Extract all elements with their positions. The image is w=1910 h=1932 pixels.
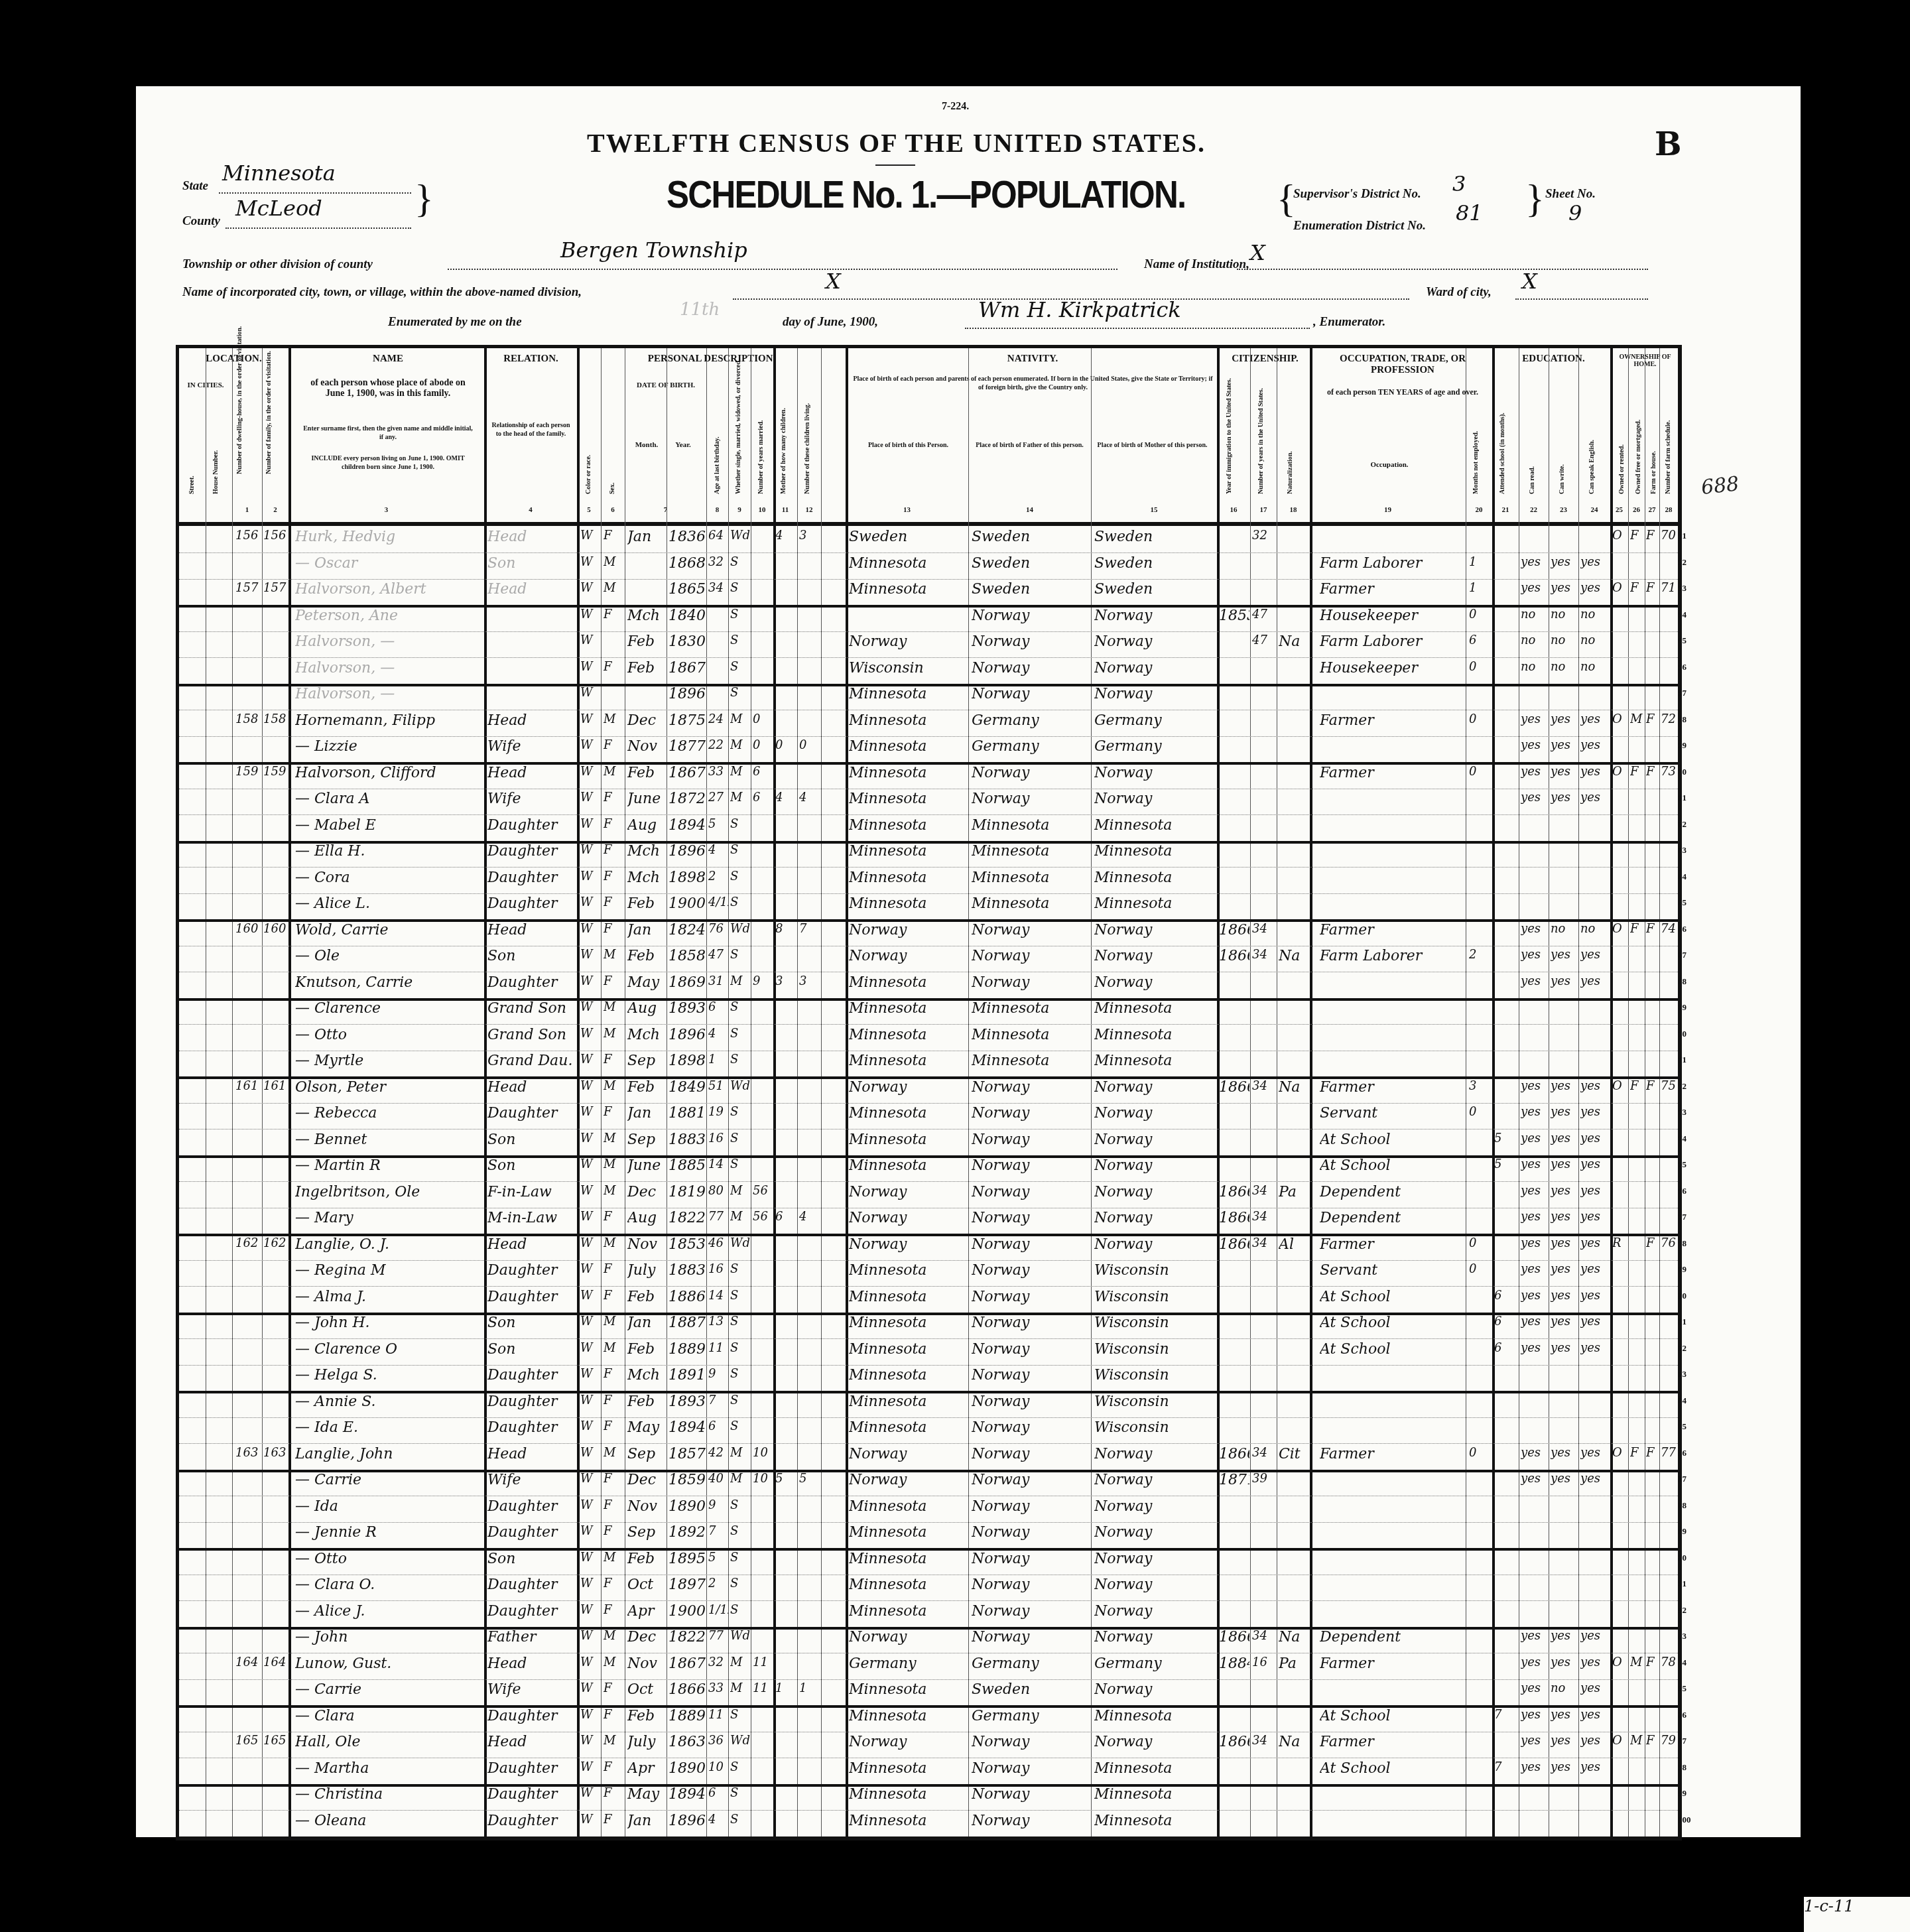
cell-birth-month: Feb — [627, 1551, 666, 1567]
cell-years-in-us: 34 — [1252, 1236, 1276, 1250]
cell-sex: F — [604, 1708, 623, 1722]
cell-relation: Daughter — [487, 1289, 575, 1305]
cell-immigration-year: 1866 — [1219, 1446, 1249, 1462]
form-number: 7-224. — [942, 101, 969, 113]
cell-relation: Head — [487, 1079, 575, 1096]
cell-sex: F — [604, 1681, 623, 1695]
cell-sex: M — [604, 1079, 623, 1093]
cell-birth-year: 1889 — [668, 1708, 706, 1724]
cell-children-living: 5 — [799, 1472, 819, 1486]
cell-person-name: — Clara A — [295, 791, 484, 807]
cell-birth-year: 1849 — [668, 1079, 706, 1096]
cell-birth-year: 1894 — [668, 1786, 706, 1803]
cell-mother-of: 8 — [775, 922, 795, 936]
cell-color: W — [580, 1000, 600, 1014]
cell-person-name: — Carrie — [295, 1472, 484, 1488]
cell-can-write: yes — [1551, 1262, 1577, 1276]
cell-mother-birthplace: Norway — [1094, 1184, 1216, 1200]
cell-naturalization: Na — [1279, 633, 1308, 650]
header-name-desc: of each person whose place of abode on J… — [302, 378, 474, 399]
cell-father-birthplace: Norway — [972, 1786, 1090, 1803]
cell-birthplace: Minnesota — [849, 1157, 967, 1174]
cell-color: W — [580, 1184, 600, 1198]
cell-birth-month: Mch — [627, 608, 666, 624]
cell-naturalization: Al — [1279, 1236, 1308, 1253]
cell-birthplace: Minnesota — [849, 817, 967, 834]
cell-sex: F — [604, 974, 623, 988]
table-row: — Alice L.DaughterWFFeb19004/12SMinnesot… — [179, 893, 1678, 922]
cell-age: 13 — [708, 1315, 728, 1328]
cell-color: W — [580, 1655, 600, 1669]
cell-school-months: 5 — [1494, 1131, 1518, 1145]
cell-family-number: 164 — [263, 1655, 290, 1669]
cell-age: 4 — [708, 843, 728, 857]
cell-person-name: — Martha — [295, 1760, 484, 1777]
title-ornament — [875, 164, 915, 166]
table-row: — CoraDaughterWFMch18982SMinnesotaMinnes… — [179, 867, 1678, 894]
cell-birth-year: 1867 — [668, 1655, 706, 1672]
cell-color: W — [580, 1157, 600, 1171]
cell-months-unemployed: 0 — [1469, 712, 1492, 726]
cell-birth-month: Sep — [627, 1131, 666, 1148]
township-value: Bergen Township — [560, 237, 747, 263]
table-row: — IdaDaughterWFNov18909SMinnesotaNorwayN… — [179, 1496, 1678, 1523]
line-number: 82 — [1678, 1343, 1687, 1354]
line-number: 66 — [1678, 924, 1687, 934]
cell-occupation: Dependent — [1320, 1184, 1464, 1200]
cell-can-read: yes — [1521, 948, 1547, 962]
cell-person-name: Olson, Peter — [295, 1079, 484, 1096]
column-number: 1 — [232, 506, 262, 514]
cell-color: W — [580, 555, 600, 569]
table-row: — MarthaDaughterWFApr189010SMinnesotaNor… — [179, 1758, 1678, 1787]
cell-marital-status: S — [730, 1315, 750, 1328]
cell-immigration-year: 1866 — [1219, 922, 1249, 938]
cell-birthplace: Minnesota — [849, 1131, 967, 1148]
cell-age: 14 — [708, 1289, 728, 1303]
cell-sex: M — [604, 765, 623, 779]
column-number: 24 — [1578, 506, 1610, 514]
cell-birth-year: 1822 — [668, 1629, 706, 1645]
header-citizenship: CITIZENSHIP. — [1220, 354, 1310, 365]
cell-person-name: Halvorson, Clifford — [295, 765, 484, 781]
cell-immigration-year: 1853 — [1219, 608, 1249, 624]
cell-person-name: Halvorson, — — [295, 686, 484, 702]
cell-mother-of: 3 — [775, 974, 795, 988]
cell-birth-year: 1892 — [668, 1524, 706, 1541]
header-naturalization: Naturalization. — [1287, 428, 1294, 494]
cell-birth-month: Sep — [627, 1053, 666, 1069]
cell-sex: M — [604, 1446, 623, 1460]
cell-sex: M — [604, 1027, 623, 1041]
cell-birthplace: Minnesota — [849, 1577, 967, 1593]
cell-marital-status: M — [730, 791, 750, 805]
cell-occupation: At School — [1320, 1289, 1464, 1305]
cell-father-birthplace: Sweden — [972, 529, 1090, 545]
cell-color: W — [580, 843, 600, 857]
line-number: 64 — [1678, 871, 1687, 882]
cell-years-in-us: 34 — [1252, 1210, 1276, 1224]
cell-person-name: — Clara O. — [295, 1577, 484, 1593]
line-number: 65 — [1678, 897, 1687, 908]
cell-birth-year: 1890 — [668, 1760, 706, 1777]
cell-occupation: Farmer — [1320, 1446, 1464, 1462]
cell-marital-status: S — [730, 660, 750, 674]
cell-children-living: 4 — [799, 1210, 819, 1224]
cell-occupation: At School — [1320, 1708, 1464, 1724]
cell-mother-birthplace: Minnesota — [1094, 843, 1216, 860]
table-row: 158158Hornemann, FilippHeadWMDec187524M0… — [179, 710, 1678, 737]
cell-mother-birthplace: Norway — [1094, 1524, 1216, 1541]
cell-relation: Daughter — [487, 1419, 575, 1436]
cell-color: W — [580, 1708, 600, 1722]
cell-can-speak-english: yes — [1580, 791, 1610, 805]
cell-years-in-us: 39 — [1252, 1472, 1276, 1486]
cell-sex: F — [604, 1053, 623, 1066]
institution-label: Name of Institution, — [1144, 257, 1249, 272]
table-row: 164164Lunow, Gust.HeadWMNov186732M11Germ… — [179, 1653, 1678, 1680]
cell-occupation: Farm Laborer — [1320, 555, 1464, 572]
line-number: 57 — [1678, 688, 1687, 698]
cell-person-name: Lunow, Gust. — [295, 1655, 484, 1672]
cell-color: W — [580, 581, 600, 595]
table-row: 165165Hall, OleHeadWMJuly186336WdNorwayN… — [179, 1731, 1678, 1758]
cell-birth-month: Feb — [627, 948, 666, 964]
cell-years-in-us: 47 — [1252, 608, 1276, 621]
cell-years-married: 0 — [753, 712, 773, 726]
cell-marital-status: S — [730, 1498, 750, 1512]
cell-age: 16 — [708, 1262, 728, 1276]
cell-person-name: Langlie, John — [295, 1446, 484, 1462]
cell-color: W — [580, 660, 600, 674]
cell-mother-of: 0 — [775, 738, 795, 752]
line-number: 58 — [1678, 714, 1687, 725]
table-row: — Ella H.DaughterWFMch18964SMinnesotaMin… — [179, 840, 1678, 868]
cell-birthplace: Minnesota — [849, 791, 967, 807]
cell-can-read: yes — [1521, 1236, 1547, 1250]
cell-can-read: yes — [1521, 1131, 1547, 1145]
cell-birthplace: Wisconsin — [849, 660, 967, 676]
cell-sex: F — [604, 738, 623, 752]
cell-father-birthplace: Norway — [972, 1210, 1090, 1226]
cell-children-living: 0 — [799, 738, 819, 752]
cell-birth-month: May — [627, 1419, 666, 1436]
cell-years-married: 6 — [753, 791, 773, 805]
column-number: 2 — [262, 506, 288, 514]
cell-birth-month: Aug — [627, 1210, 666, 1226]
cell-person-name: — Ole — [295, 948, 484, 964]
cell-free-mortgaged: F — [1630, 581, 1645, 595]
cell-birthplace: Norway — [849, 1236, 967, 1253]
cell-farm-house: F — [1646, 712, 1659, 726]
cell-father-birthplace: Norway — [972, 1446, 1090, 1462]
cell-years-married: 10 — [753, 1446, 773, 1460]
cell-can-read: no — [1521, 660, 1547, 674]
cell-owned-rented: O — [1612, 765, 1628, 779]
line-number: 73 — [1678, 1107, 1687, 1118]
cell-birth-year: 1863 — [668, 1734, 706, 1750]
cell-person-name: — Annie S. — [295, 1393, 484, 1410]
cell-can-read: yes — [1521, 1760, 1547, 1774]
cell-can-read: yes — [1521, 1446, 1547, 1460]
cell-father-birthplace: Germany — [972, 712, 1090, 729]
column-number: 5 — [577, 506, 601, 514]
cell-can-write: yes — [1551, 791, 1577, 805]
table-row: — ClarenceGrand SonWMAug18936SMinnesotaM… — [179, 998, 1678, 1025]
cell-birth-year: 1822 — [668, 1210, 706, 1226]
cell-color: W — [580, 1367, 600, 1381]
county-label: County — [182, 214, 220, 229]
cell-mother-birthplace: Norway — [1094, 1131, 1216, 1148]
cell-can-read: no — [1521, 633, 1547, 647]
cell-birth-year: 1875 — [668, 712, 706, 729]
cell-years-in-us: 34 — [1252, 922, 1276, 936]
cell-birth-year: 1893 — [668, 1393, 706, 1410]
cell-relation: Son — [487, 555, 575, 572]
cell-can-speak-english: no — [1580, 608, 1610, 621]
cell-father-birthplace: Minnesota — [972, 1000, 1090, 1017]
cell-person-name: Ingelbritson, Ole — [295, 1184, 484, 1200]
cell-father-birthplace: Norway — [972, 1236, 1090, 1253]
cell-children-living: 1 — [799, 1681, 819, 1695]
cell-marital-status: S — [730, 817, 750, 831]
supervisor-label: Supervisor's District No. — [1293, 187, 1421, 202]
state-value: Minnesota — [222, 161, 336, 186]
ward-label: Ward of city, — [1426, 285, 1492, 300]
cell-person-name: — Oleana — [295, 1813, 484, 1829]
line-number: 91 — [1678, 1578, 1687, 1589]
county-line — [225, 227, 411, 229]
cell-birth-month: Feb — [627, 1708, 666, 1724]
cell-birth-year: 1893 — [668, 1000, 706, 1017]
cell-relation: Son — [487, 1315, 575, 1331]
cell-mother-birthplace: Norway — [1094, 1157, 1216, 1174]
cell-age: 9 — [708, 1367, 728, 1381]
cell-marital-status: S — [730, 555, 750, 569]
cell-can-write: yes — [1551, 1210, 1577, 1224]
column-number: 28 — [1659, 506, 1678, 514]
cell-age: 4 — [708, 1813, 728, 1827]
cell-person-name: Halvorson, — — [295, 633, 484, 650]
cell-occupation: Dependent — [1320, 1210, 1464, 1226]
ward-line — [1515, 298, 1648, 300]
header-education: EDUCATION. — [1496, 354, 1612, 365]
cell-owned-rented: O — [1612, 922, 1628, 936]
cell-can-read: yes — [1521, 974, 1547, 988]
header-year: Year. — [667, 441, 700, 450]
cell-relation: Head — [487, 765, 575, 781]
cell-can-write: yes — [1551, 974, 1577, 988]
cell-color: W — [580, 1786, 600, 1800]
cell-birthplace: Minnesota — [849, 974, 967, 991]
table-row: — LizzieWifeWFNov187722M000MinnesotaGerm… — [179, 736, 1678, 765]
cell-birth-year: 1865 — [668, 581, 706, 598]
cell-mother-birthplace: Norway — [1094, 1236, 1216, 1253]
cell-person-name: — Myrtle — [295, 1053, 484, 1069]
cell-free-mortgaged: F — [1630, 765, 1645, 779]
column-number: 25 — [1610, 506, 1628, 514]
cell-years-in-us: 34 — [1252, 1629, 1276, 1643]
cell-color: W — [580, 608, 600, 621]
cell-birth-year: 1867 — [668, 660, 706, 676]
header-date-of-birth: DATE OF BIRTH. — [627, 381, 705, 390]
cell-can-speak-english: no — [1580, 922, 1610, 936]
cell-can-speak-english: yes — [1580, 1341, 1610, 1355]
cell-marital-status: S — [730, 608, 750, 621]
column-number: 11 — [773, 506, 797, 514]
header-owned-rented: Owned or rented. — [1618, 408, 1625, 494]
cell-can-speak-english: yes — [1580, 1105, 1610, 1119]
header-immigration-year: Year of immigration to the United States… — [1226, 381, 1233, 494]
line-number: 59 — [1678, 740, 1687, 751]
cell-father-birthplace: Norway — [972, 1629, 1090, 1645]
cell-age: 76 — [708, 922, 728, 936]
population-table: LOCATION. IN CITIES. Street. House Numbe… — [176, 345, 1682, 1840]
supervisor-value: 3 — [1452, 171, 1466, 196]
cell-relation: Daughter — [487, 974, 575, 991]
cell-relation: Son — [487, 1551, 575, 1567]
cell-father-birthplace: Norway — [972, 1760, 1090, 1777]
cell-person-name: — Ella H. — [295, 843, 484, 860]
cell-relation: Grand Son — [487, 1027, 575, 1043]
cell-occupation: Housekeeper — [1320, 608, 1464, 624]
cell-can-speak-english: yes — [1580, 1131, 1610, 1145]
cell-birth-month: June — [627, 791, 666, 807]
cell-color: W — [580, 1079, 600, 1093]
header-birth-mother: Place of birth of Mother of this person. — [1094, 441, 1210, 450]
cell-can-read: yes — [1521, 738, 1547, 752]
cell-farm-house: F — [1646, 765, 1659, 779]
state-line — [219, 192, 411, 194]
cell-mother-birthplace: Norway — [1094, 608, 1216, 624]
cell-birth-year: 1857 — [668, 1446, 706, 1462]
cell-father-birthplace: Sweden — [972, 581, 1090, 598]
cell-marital-status: S — [730, 1027, 750, 1041]
cell-can-speak-english: yes — [1580, 765, 1610, 779]
line-number: 70 — [1678, 1029, 1687, 1039]
cell-dwelling-number: 162 — [235, 1236, 262, 1250]
cell-birth-year: 1897 — [668, 1577, 706, 1593]
cell-can-write: yes — [1551, 1760, 1577, 1774]
cell-can-read: yes — [1521, 1708, 1547, 1722]
cell-relation: Head — [487, 922, 575, 938]
cell-father-birthplace: Norway — [972, 974, 1090, 991]
cell-relation: Daughter — [487, 1760, 575, 1777]
cell-years-married: 10 — [753, 1472, 773, 1486]
cell-mother-birthplace: Germany — [1094, 1655, 1216, 1672]
cell-birth-year: 1885 — [668, 1157, 706, 1174]
cell-sex: F — [604, 1472, 623, 1486]
cell-father-birthplace: Norway — [972, 1315, 1090, 1331]
cell-can-write: yes — [1551, 948, 1577, 962]
institution-value: X — [1250, 240, 1265, 265]
header-relation: RELATION. — [486, 354, 576, 365]
cell-owned-rented: R — [1612, 1236, 1628, 1250]
cell-months-unemployed: 0 — [1469, 1236, 1492, 1250]
line-number: 94 — [1678, 1657, 1687, 1668]
cell-mother-birthplace: Norway — [1094, 1603, 1216, 1620]
cell-birth-month: Jan — [627, 1813, 666, 1829]
table-header: LOCATION. IN CITIES. Street. House Numbe… — [179, 348, 1678, 526]
cell-color: W — [580, 1131, 600, 1145]
cell-can-read: yes — [1521, 1472, 1547, 1486]
cell-person-name: — Mary — [295, 1210, 484, 1226]
cell-relation: Head — [487, 1734, 575, 1750]
cell-marital-status: M — [730, 738, 750, 752]
cell-birthplace: Minnesota — [849, 895, 967, 912]
cell-person-name: — John — [295, 1629, 484, 1645]
cell-can-write: yes — [1551, 1446, 1577, 1460]
line-number: 56 — [1678, 662, 1687, 673]
cell-birth-year: 1872 — [668, 791, 706, 807]
cell-sex: F — [604, 869, 623, 883]
cell-mother-birthplace: Norway — [1094, 1734, 1216, 1750]
cell-relation: F-in-Law — [487, 1184, 575, 1200]
cell-relation: Son — [487, 1341, 575, 1358]
cell-birthplace: Minnesota — [849, 869, 967, 886]
cell-can-read: yes — [1521, 1210, 1547, 1224]
sheet-no-label: Sheet No. — [1545, 187, 1596, 202]
cell-occupation: At School — [1320, 1157, 1464, 1174]
cell-sex: F — [604, 817, 623, 831]
cell-occupation: At School — [1320, 1341, 1464, 1358]
cell-color: W — [580, 948, 600, 962]
cell-mother-birthplace: Minnesota — [1094, 869, 1216, 886]
cell-months-unemployed: 3 — [1469, 1079, 1492, 1093]
header-month: Month. — [630, 441, 663, 450]
cell-age: 34 — [708, 581, 728, 595]
header-mother-of: Mother of how many children. — [780, 388, 787, 494]
cell-marital-status: S — [730, 1053, 750, 1066]
cell-relation: Daughter — [487, 1393, 575, 1410]
cell-mother-birthplace: Norway — [1094, 1498, 1216, 1515]
cell-birthplace: Minnesota — [849, 1551, 967, 1567]
line-number: 92 — [1678, 1605, 1687, 1616]
cell-color: W — [580, 1681, 600, 1695]
cell-color: W — [580, 529, 600, 543]
table-row: — Ida E.DaughterWFMay18946SMinnesotaNorw… — [179, 1417, 1678, 1444]
cell-occupation: Housekeeper — [1320, 660, 1464, 676]
cell-birth-month: Feb — [627, 765, 666, 781]
cell-father-birthplace: Norway — [972, 686, 1090, 702]
township-label: Township or other division of county — [182, 257, 373, 272]
column-number: 20 — [1466, 506, 1492, 514]
cell-can-speak-english: no — [1580, 660, 1610, 674]
enumerated-suffix: day of June, 1900, — [783, 315, 878, 330]
cell-age: 32 — [708, 1655, 728, 1669]
line-number: 69 — [1678, 1002, 1687, 1013]
cell-birthplace: Minnesota — [849, 581, 967, 598]
cell-can-write: no — [1551, 633, 1577, 647]
cell-color: W — [580, 1053, 600, 1066]
cell-can-speak-english: yes — [1580, 1760, 1610, 1774]
table-row: — MaryM-in-LawWFAug182277M5664NorwayNorw… — [179, 1207, 1678, 1236]
cell-birthplace: Norway — [849, 1472, 967, 1488]
cell-can-write: yes — [1551, 1079, 1577, 1093]
cell-can-speak-english: yes — [1580, 1655, 1610, 1669]
cell-age: 16 — [708, 1131, 728, 1145]
cell-birthplace: Minnesota — [849, 555, 967, 572]
cell-years-in-us: 34 — [1252, 1079, 1276, 1093]
cell-sex: F — [604, 660, 623, 674]
cell-relation: Wife — [487, 1681, 575, 1698]
cell-family-number: 161 — [263, 1079, 290, 1093]
cell-years-in-us: 47 — [1252, 633, 1276, 647]
cell-school-months: 6 — [1494, 1289, 1518, 1303]
column-number: 14 — [968, 506, 1091, 514]
enumerator-line — [965, 328, 1310, 329]
cell-birthplace: Minnesota — [849, 1524, 967, 1541]
